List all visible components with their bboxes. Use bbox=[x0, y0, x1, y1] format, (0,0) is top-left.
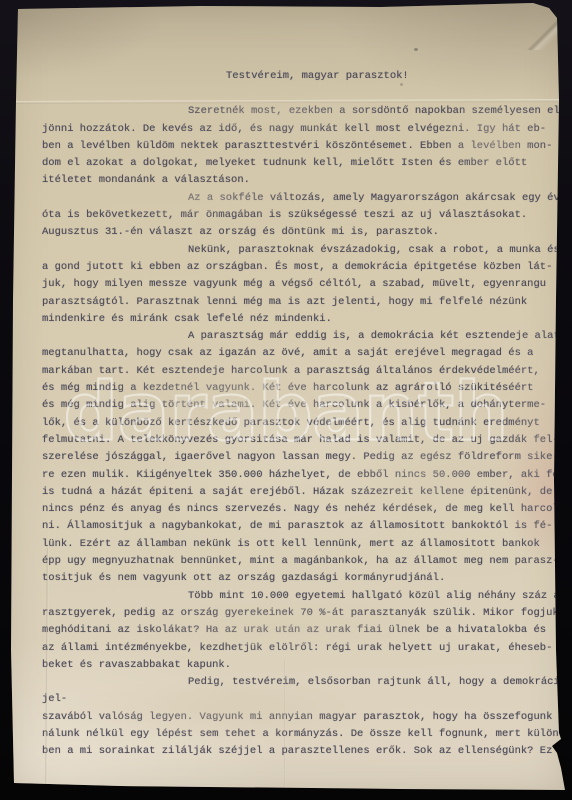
letter-paragraph-6: Pedig, testvéreim, elsősorban rajtunk ál… bbox=[42, 674, 572, 760]
letter-paragraph-5: Több mint 10.000 egyetemi hallgató közül… bbox=[42, 588, 572, 674]
photo-background: Testvéreim, magyar parasztok! Szeretnék … bbox=[0, 0, 572, 800]
letter-paragraph-2: Az a sokféle változás, amely Magyarorszá… bbox=[42, 190, 572, 242]
vertical-fold-crease-center bbox=[284, 660, 286, 788]
ink-speck bbox=[414, 48, 418, 51]
letter-paragraph-1: Szeretnék most, ezekben a sorsdöntő napo… bbox=[42, 103, 572, 189]
letter-paper: Testvéreim, magyar parasztok! Szeretnék … bbox=[0, 0, 572, 800]
letter-paragraph-4: A parasztság már eddig is, a demokrácia … bbox=[42, 328, 572, 587]
letter-paragraph-3: Nekünk, parasztoknak évszázadokig, csak … bbox=[42, 242, 572, 328]
letter-content: Testvéreim, magyar parasztok! Szeretnék … bbox=[42, 68, 572, 761]
corner-fold-shadow bbox=[524, 0, 572, 50]
letter-title: Testvéreim, magyar parasztok! bbox=[226, 68, 572, 85]
